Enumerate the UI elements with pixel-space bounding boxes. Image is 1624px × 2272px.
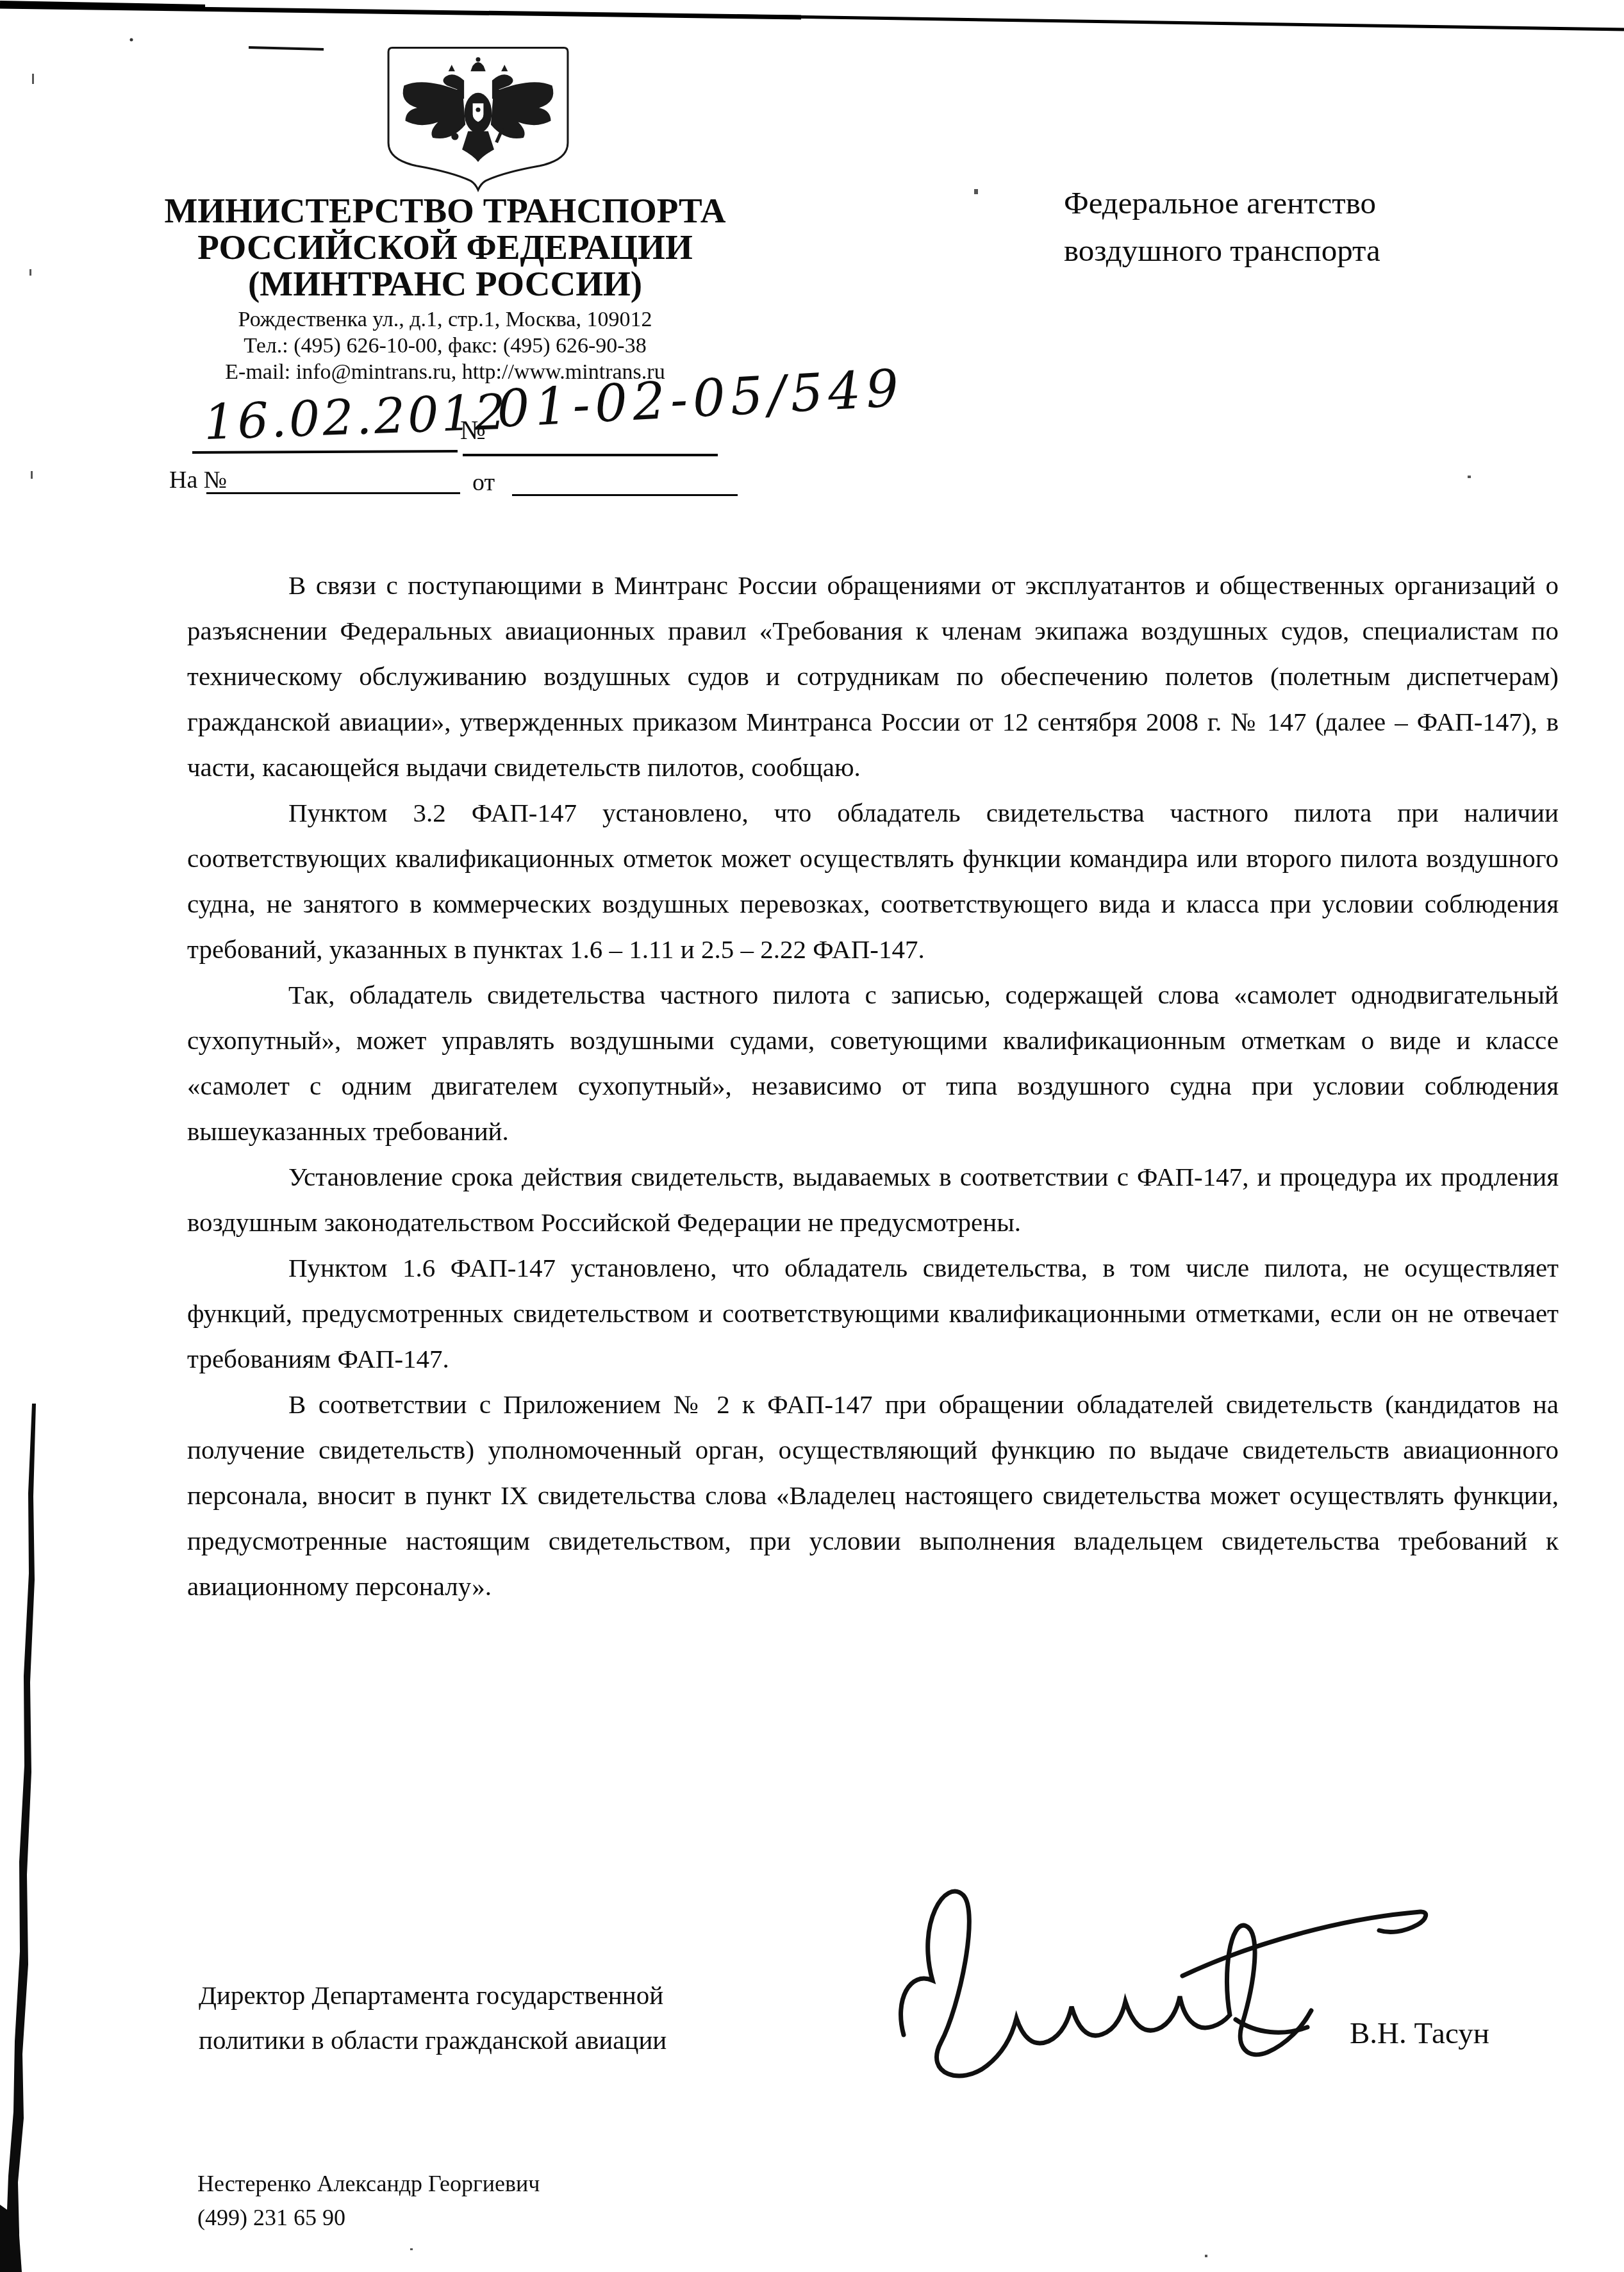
scan-speck: [29, 269, 31, 276]
body-paragraph: В связи с поступающими в Минтранс России…: [187, 563, 1559, 790]
scan-speck: [31, 471, 33, 479]
signature-autograph-icon: [859, 1871, 1461, 2105]
number-underline: [463, 454, 718, 456]
body-paragraph: Установление срока действия свидетельств…: [187, 1154, 1559, 1245]
signer-name: В.Н. Тасун: [1350, 2016, 1489, 2051]
executor-name: Нестеренко Александр Георгиевич: [197, 2167, 540, 2201]
ministry-name-line: МИНИСТЕРСТВО ТРАНСПОРТА: [162, 192, 729, 229]
scan-speck: [32, 74, 34, 84]
sender-address-line: Рождественка ул., д.1, стр.1, Москва, 10…: [162, 306, 729, 333]
signer-position-block: Директор Департамента государственной по…: [199, 1973, 667, 2062]
signer-position-line: политики в области гражданской авиации: [199, 2018, 667, 2062]
recipient-agency-line: Федеральное агентство: [1064, 179, 1380, 227]
executor-phone: (499) 231 65 90: [197, 2201, 540, 2235]
body-paragraph: Пунктом 1.6 ФАП-147 установлено, что обл…: [187, 1245, 1559, 1382]
date-underline: [192, 450, 458, 454]
scan-artifact-top-edge: [0, 0, 1624, 61]
recipient-agency-line: воздушного транспорта: [1064, 227, 1380, 274]
reference-number-label: На №: [169, 466, 227, 494]
signer-position-line: Директор Департамента государственной: [199, 1973, 667, 2018]
reference-number-underline: [206, 492, 460, 494]
letter-body: В связи с поступающими в Минтранс России…: [187, 563, 1559, 1609]
number-sign: №: [460, 415, 486, 446]
ministry-name-line: (МИНТРАНС РОССИИ): [162, 265, 729, 302]
body-paragraph: Так, обладатель свидетельства частного п…: [187, 972, 1559, 1154]
body-paragraph: В соответствии с Приложением № 2 к ФАП-1…: [187, 1382, 1559, 1609]
scan-speck: [1205, 2255, 1207, 2257]
scanned-letter-page: МИНИСТЕРСТВО ТРАНСПОРТА РОССИЙСКОЙ ФЕДЕР…: [0, 0, 1624, 2272]
sender-ministry-name-block: МИНИСТЕРСТВО ТРАНСПОРТА РОССИЙСКОЙ ФЕДЕР…: [162, 192, 729, 302]
reference-date-underline: [512, 494, 738, 496]
scan-speck: [1468, 476, 1471, 478]
sender-phone-line: Тел.: (495) 626-10-00, факс: (495) 626-9…: [162, 333, 729, 359]
body-paragraph: Пунктом 3.2 ФАП-147 установлено, что обл…: [187, 790, 1559, 972]
scan-speck: [974, 189, 978, 194]
reference-date-label: от: [472, 468, 495, 497]
russian-coat-of-arms-icon: [386, 45, 570, 195]
recipient-agency-block: Федеральное агентство воздушного транспо…: [1064, 179, 1380, 274]
ministry-name-line: РОССИЙСКОЙ ФЕДЕРАЦИИ: [162, 229, 729, 265]
scan-artifact-left-edge: [0, 1375, 45, 2272]
scan-speck: [410, 2248, 413, 2250]
executor-block: Нестеренко Александр Георгиевич (499) 23…: [197, 2167, 540, 2235]
